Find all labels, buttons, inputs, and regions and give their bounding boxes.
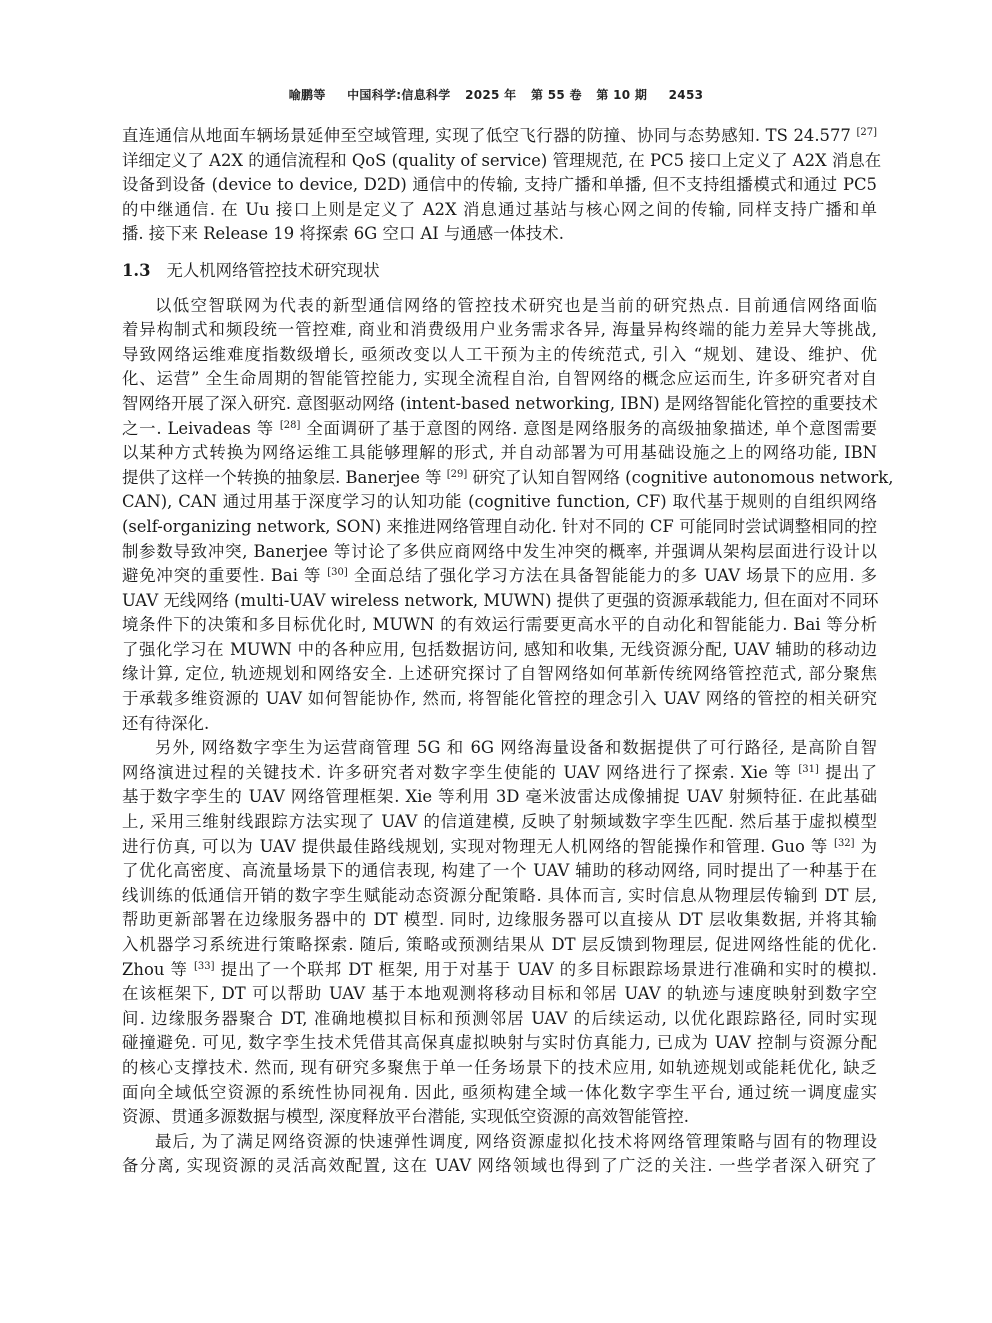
text-line: 了优化高密度、高流量场景下的通信表现, 构建了一个 UAV 辅助的移动网络, 同… [122,859,877,884]
text-line: UAV 无线网络 (multi-UAV wireless network, MU… [122,589,877,614]
text-line: 智网络开展了深入研究. 意图驱动网络 (intent-based network… [122,392,877,417]
citation-ref[interactable]: [31] [798,764,819,775]
text-line: 基于数字孪生的 UAV 网络管理框架. Xie 等利用 3D 毫米波雷达成像捕捉… [122,785,877,810]
running-head-journal: 中国科学:信息科学 [347,88,451,102]
text-line: CAN), CAN 通过用基于深度学习的认知功能 (cognitive func… [122,490,877,515]
text-line: 以低空智联网为代表的新型通信网络的管控技术研究也是当前的研究热点. 目前通信网络… [122,294,877,319]
text-line: 帮助更新部署在边缘服务器中的 DT 模型. 同时, 边缘服务器可以直接从 DT … [122,908,877,933]
text-line: 制参数导致冲突, Banerjee 等讨论了多供应商网络中发生冲突的概率, 并强… [122,540,877,565]
text-line: 于承载多维资源的 UAV 如何智能协作, 然而, 将智能化管控的理念引入 UAV… [122,687,877,712]
text-line: 资源、贯通多源数据与模型, 深度释放平台潜能, 实现低空资源的高效智能管控. [122,1105,877,1130]
text-line: 上, 采用三维射线跟踪方法实现了 UAV 的信道建模, 反映了射频域数字孪生匹配… [122,810,877,835]
paragraph: 另外, 网络数字孪生为运营商管理 5G 和 6G 网络海量设备和数据提供了可行路… [122,736,877,1130]
text-line: Zhou 等 [33] 提出了一个联邦 DT 框架, 用于对基于 UAV 的多目… [122,958,877,983]
citation-ref[interactable]: [32] [834,838,855,849]
text-line: 之一. Leivadeas 等 [28] 全面调研了基于意图的网络. 意图是网络… [122,417,877,442]
running-head-volume: 第 55 卷 [531,88,582,102]
paragraph: 以低空智联网为代表的新型通信网络的管控技术研究也是当前的研究热点. 目前通信网络… [122,294,877,737]
running-head-authors: 喻鹏等 [289,88,326,102]
text-line: 以某种方式转换为网络运维工具能够理解的形式, 并自动部署为可用基础设施之上的网络… [122,441,877,466]
text-line: 了强化学习在 MUWN 中的各种应用, 包括数据访问, 感知和收集, 无线资源分… [122,638,877,663]
citation-ref[interactable]: [29] [447,469,468,480]
text-line: 着异构制式和频段统一管控难, 商业和消费级用户业务需求各异, 海量异构终端的能力… [122,318,877,343]
text-line: 最后, 为了满足网络资源的快速弹性调度, 网络资源虚拟化技术将网络管理策略与固有… [122,1130,877,1155]
section-heading: 1.3无人机网络管控技术研究现状 [122,259,877,284]
text-line: 进行仿真, 可以为 UAV 提供最佳路线规划, 实现对物理无人机网络的智能操作和… [122,835,877,860]
paragraph: 最后, 为了满足网络资源的快速弹性调度, 网络资源虚拟化技术将网络管理策略与固有… [122,1130,877,1179]
text-line: 在该框架下, DT 可以帮助 UAV 基于本地观测将移动目标和邻居 UAV 的轨… [122,982,877,1007]
text-line: 缘计算, 定位, 轨迹规划和网络安全. 上述研究探讨了自智网络如何革新传统网络管… [122,662,877,687]
text-line: 设备到设备 (device to device, D2D) 通信中的传输, 支持… [122,173,877,198]
text-line: 还有待深化. [122,712,877,737]
text-line: 的核心支撑技术. 然而, 现有研究多聚焦于单一任务场景下的技术应用, 如轨迹规划… [122,1056,877,1081]
citation-ref[interactable]: [30] [327,567,348,578]
article-body: 直连通信从地面车辆场景延伸至空域管理, 实现了低空飞行器的防撞、协同与态势感知.… [122,124,877,1179]
citation-ref[interactable]: [33] [194,961,215,972]
text-line: 间. 边缘服务器聚合 DT, 准确地模拟目标和预测邻居 UAV 的后续运动, 以… [122,1007,877,1032]
text-line: 网络演进过程的关键技术. 许多研究者对数字孪生使能的 UAV 网络进行了探索. … [122,761,877,786]
text-line: 导致网络运维难度指数级增长, 亟须改变以人工干预为主的传统范式, 引入 “规划、… [122,343,877,368]
running-head-year: 2025 年 [465,88,516,102]
text-line: 提供了这样一个转换的抽象层. Banerjee 等 [29] 研究了认知自智网络… [122,466,877,491]
text-line: 详细定义了 A2X 的通信流程和 QoS (quality of service… [122,149,877,174]
running-head: 喻鹏等 中国科学:信息科学 2025 年 第 55 卷 第 10 期 2453 [0,86,992,103]
section-title: 无人机网络管控技术研究现状 [167,261,380,280]
text-line: (self-organizing network, SON) 来推进网络管理自动… [122,515,877,540]
text-line: 碰撞避免. 可见, 数字孪生技术凭借其高保真虚拟映射与实时仿真能力, 已成为 U… [122,1031,877,1056]
text-line: 境条件下的决策和多目标优化时, MUWN 的有效运行需要更高水平的自动化和智能能… [122,613,877,638]
text-line: 线训练的低通信开销的数字孪生赋能动态资源分配策略. 具体而言, 实时信息从物理层… [122,884,877,909]
citation-ref[interactable]: [27] [856,127,877,138]
text-line: 的中继通信. 在 Uu 接口上则是定义了 A2X 消息通过基站与核心网之间的传输… [122,198,877,223]
paragraph: 直连通信从地面车辆场景延伸至空域管理, 实现了低空飞行器的防撞、协同与态势感知.… [122,124,877,247]
text-line: 化、运营” 全生命周期的智能管控能力, 实现全流程自治, 自智网络的概念应运而生… [122,367,877,392]
citation-ref[interactable]: [28] [280,420,301,431]
text-line: 避免冲突的重要性. Bai 等 [30] 全面总结了强化学习方法在具备智能能力的… [122,564,877,589]
page-number: 2453 [669,88,704,102]
text-line: 备分离, 实现资源的灵活高效配置, 这在 UAV 网络领域也得到了广泛的关注. … [122,1154,877,1179]
text-line: 入机器学习系统进行策略探索. 随后, 策略或预测结果从 DT 层反馈到物理层, … [122,933,877,958]
text-line: 面向全域低空资源的系统性协同视角. 因此, 亟须构建全域一体化数字孪生平台, 通… [122,1081,877,1106]
text-line: 播. 接下来 Release 19 将探索 6G 空口 AI 与通感一体技术. [122,222,877,247]
section-number: 1.3 [122,261,151,280]
text-line: 另外, 网络数字孪生为运营商管理 5G 和 6G 网络海量设备和数据提供了可行路… [122,736,877,761]
text-line: 直连通信从地面车辆场景延伸至空域管理, 实现了低空飞行器的防撞、协同与态势感知.… [122,124,877,149]
running-head-issue: 第 10 期 [596,88,647,102]
